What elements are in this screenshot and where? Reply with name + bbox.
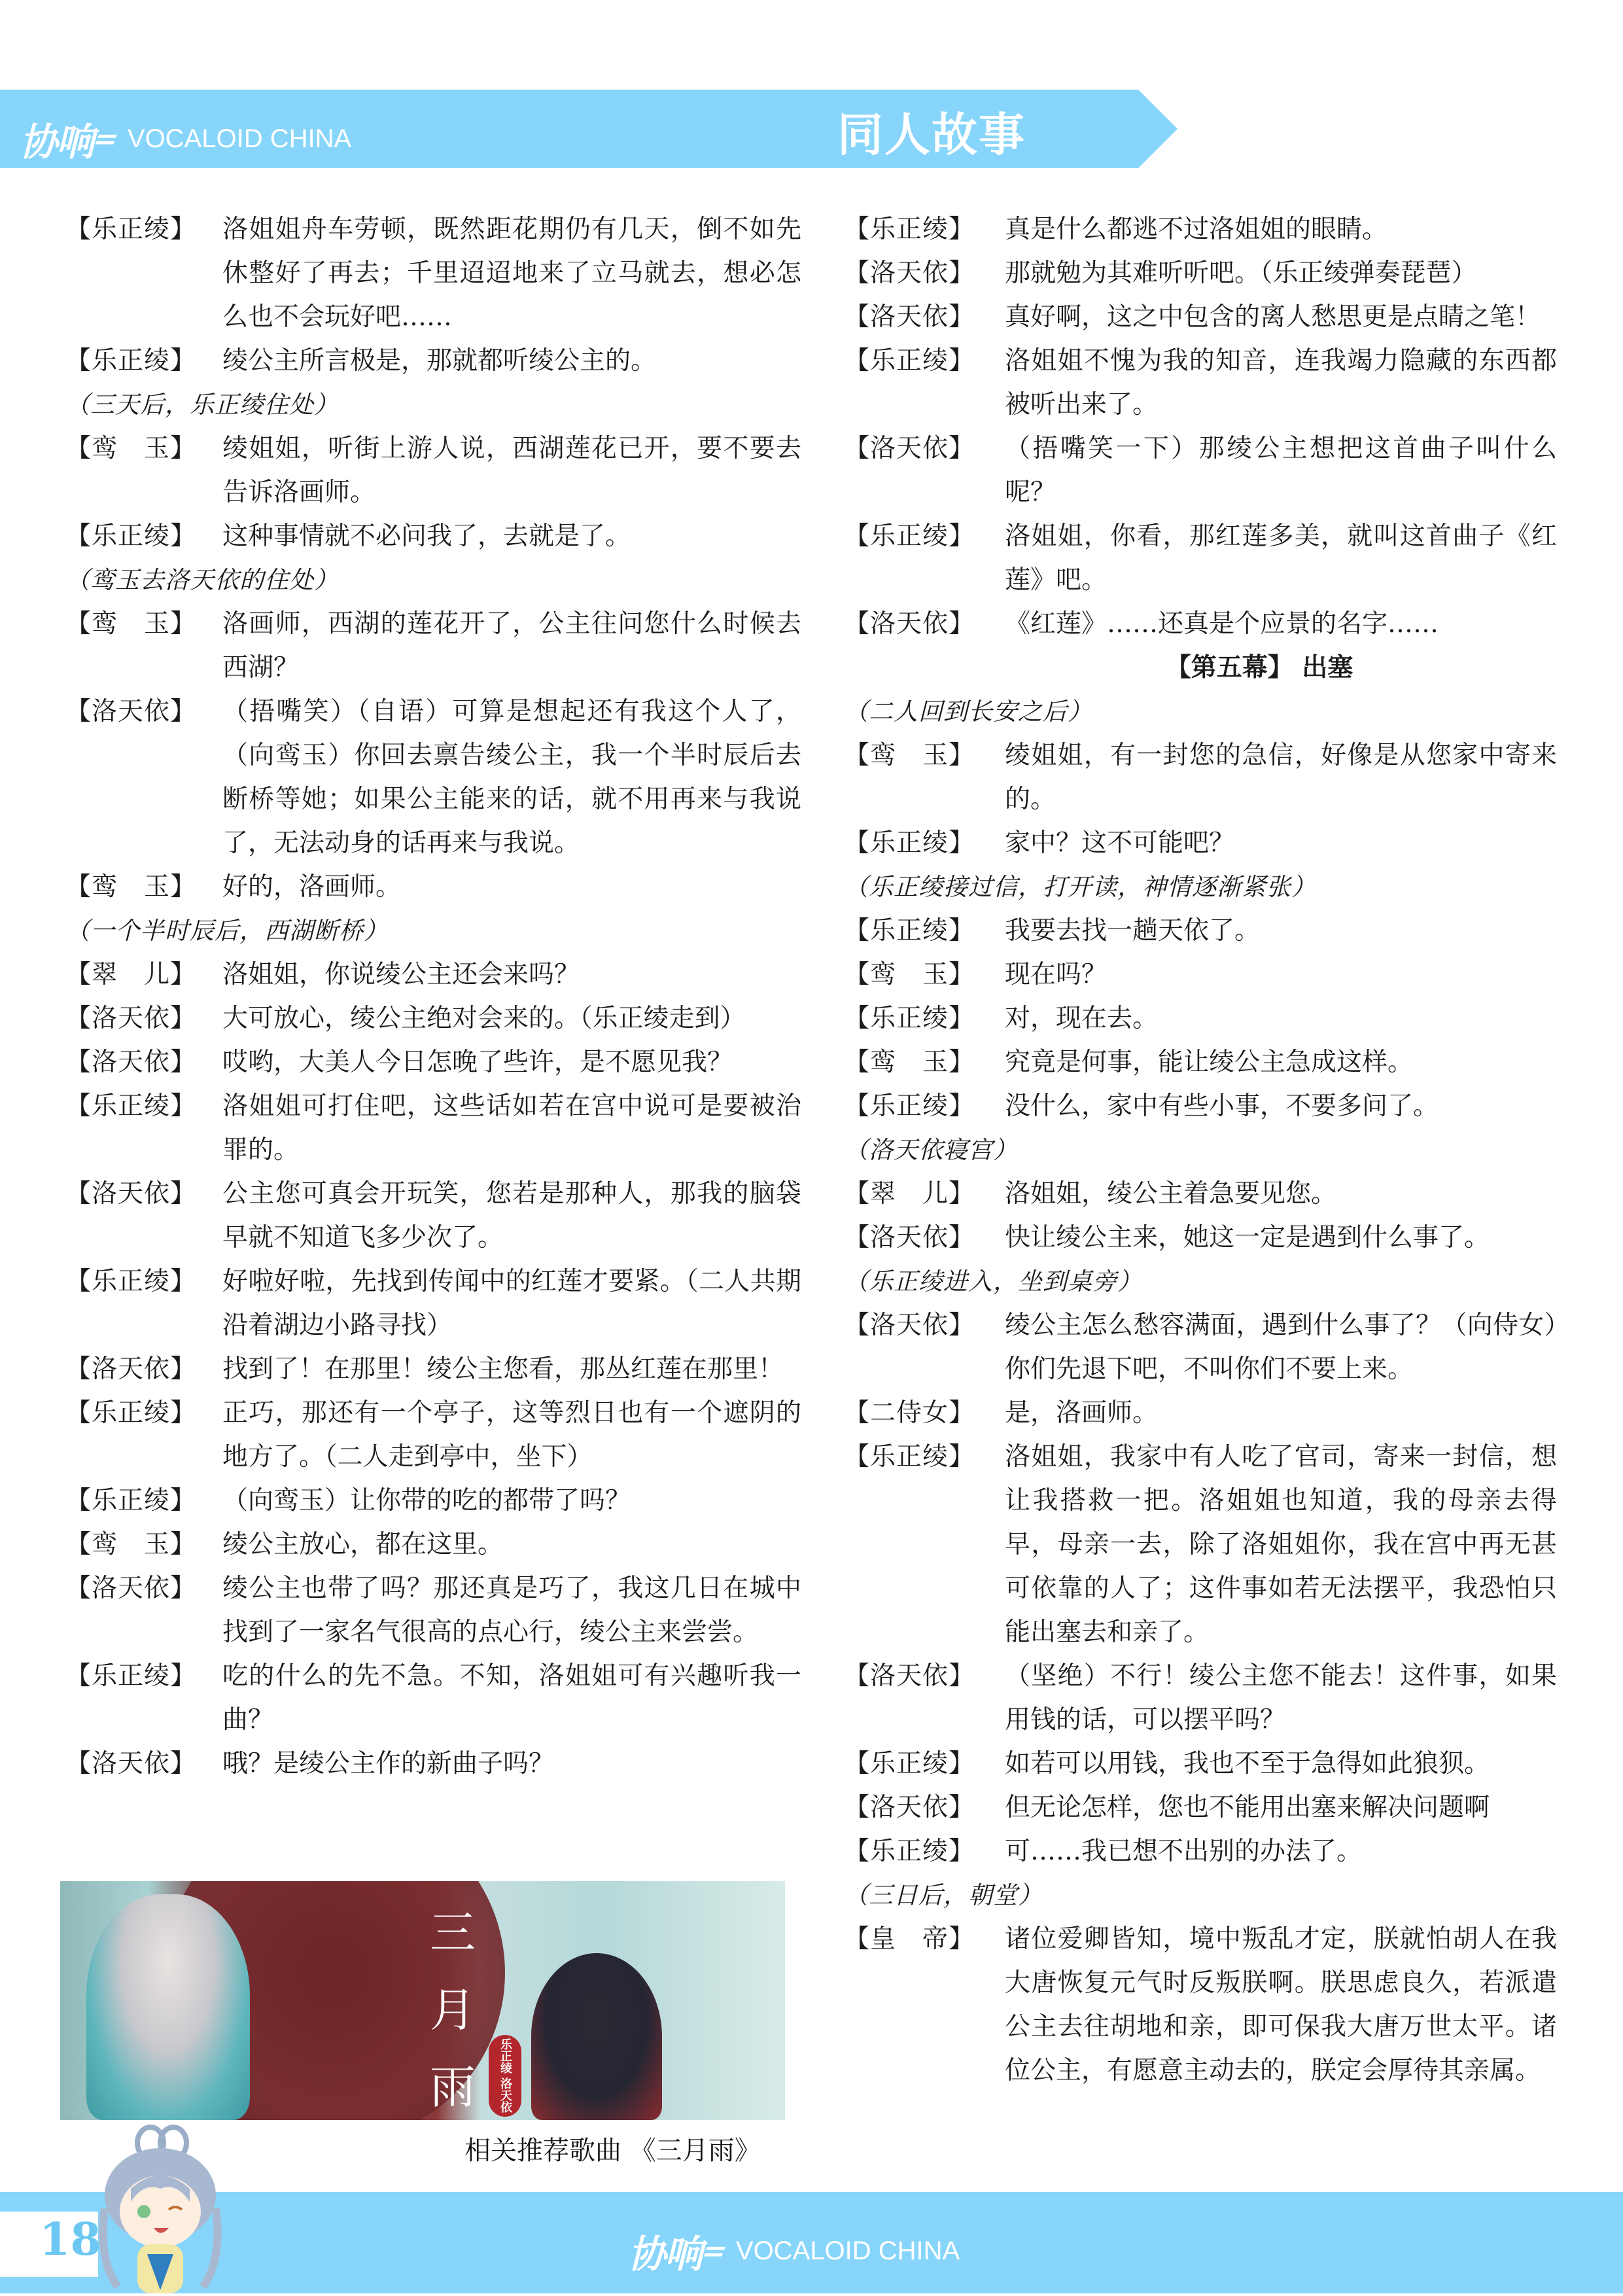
dialogue-line: 【洛天依】大可放心，绫公主绝对会来的。（乐正绫走到） bbox=[65, 997, 801, 1040]
speaker-label: 【翠 儿】 bbox=[844, 1172, 1005, 1216]
speech-text: 真好啊，这之中包含的离人愁思更是点睛之笔！ bbox=[1005, 295, 1557, 339]
speech-text: 好啦好啦，先找到传闻中的红莲才要紧。（二人共期沿着湖边小路寻找） bbox=[222, 1260, 801, 1347]
stage-direction: （洛天依寝宫） bbox=[844, 1128, 1557, 1172]
logo-english-text: VOCALOID CHINA bbox=[128, 124, 351, 154]
speaker-label: 【乐正绫】 bbox=[844, 514, 1005, 602]
logo-chinese-text: 协响 bbox=[628, 2223, 701, 2278]
speech-text: 诸位爱卿皆知，境中叛乱才定，朕就怕胡人在我大唐恢复元气时反叛朕啊。朕思虑良久，若… bbox=[1005, 1917, 1557, 2093]
speaker-label: 【鸾 玉】 bbox=[65, 1523, 222, 1566]
dialogue-line: 【皇 帝】诸位爱卿皆知，境中叛乱才定，朕就怕胡人在我大唐恢复元气时反叛朕啊。朕思… bbox=[844, 1917, 1557, 2093]
dialogue-line: 【洛天依】（捂嘴笑一下）那绫公主想把这首曲子叫什么呢？ bbox=[844, 427, 1557, 514]
speech-text: 找到了！在那里！绫公主您看，那丛红莲在那里！ bbox=[222, 1347, 801, 1391]
speaker-label: 【乐正绫】 bbox=[65, 1084, 222, 1172]
speech-text: 《红莲》……还真是个应景的名字…… bbox=[1005, 602, 1557, 646]
dialogue-line: 【鸾 玉】绫姐姐，有一封您的急信，好像是从您家中寄来的。 bbox=[844, 733, 1557, 821]
stage-direction: （乐正绫进入，坐到桌旁） bbox=[844, 1260, 1557, 1303]
speech-text: 大可放心，绫公主绝对会来的。（乐正绫走到） bbox=[222, 997, 801, 1040]
speech-text: 快让绫公主来，她这一定是遇到什么事了。 bbox=[1005, 1216, 1557, 1260]
dialogue-line: 【鸾 玉】洛画师，西湖的莲花开了，公主往问您什么时候去西湖？ bbox=[65, 602, 801, 690]
speech-text: 绫公主所言极是，那就都听绫公主的。 bbox=[222, 339, 801, 383]
dialogue-line: 【乐正绫】对，现在去。 bbox=[844, 997, 1557, 1040]
dialogue-line: 【鸾 玉】现在吗？ bbox=[844, 953, 1557, 997]
character-right-illustration bbox=[531, 1953, 662, 2120]
speech-text: 如若可以用钱，我也不至于急得如此狼狈。 bbox=[1005, 1742, 1557, 1786]
dialogue-line: 【乐正绫】我要去找一趟天依了。 bbox=[844, 909, 1557, 953]
dialogue-line: 【鸾 玉】绫公主放心，都在这里。 bbox=[65, 1523, 801, 1566]
footer-logo: 协响 = VOCALOID CHINA bbox=[628, 2223, 960, 2278]
stage-direction: （三日后，朝堂） bbox=[844, 1873, 1557, 1917]
speaker-label: 【翠 儿】 bbox=[65, 953, 222, 997]
dialogue-line: 【乐正绫】这种事情就不必问我了，去就是了。 bbox=[65, 514, 801, 558]
speaker-label: 【洛天依】 bbox=[844, 427, 1005, 514]
speech-text: 洛画师，西湖的莲花开了，公主往问您什么时候去西湖？ bbox=[222, 602, 801, 690]
speech-text: 现在吗？ bbox=[1005, 953, 1557, 997]
mascot-character-icon bbox=[92, 2123, 229, 2296]
song-title-char: 三 bbox=[427, 1894, 479, 1971]
song-title-vertical: 三 月 雨 bbox=[427, 1894, 479, 2120]
dialogue-line: 【乐正绫】洛姐姐可打住吧，这些话如若在宫中说可是要被治罪的。 bbox=[65, 1084, 801, 1172]
stage-direction: （二人回到长安之后） bbox=[844, 690, 1557, 733]
dialogue-line: 【鸾 玉】究竟是何事，能让绫公主急成这样。 bbox=[844, 1040, 1557, 1084]
speech-text: （坚绝）不行！绫公主您不能去！这件事，如果用钱的话，可以摆平吗？ bbox=[1005, 1654, 1557, 1742]
left-script-column: 【乐正绫】洛姐姐舟车劳顿，既然距花期仍有几天，倒不如先休整好了再去；千里迢迢地来… bbox=[65, 207, 801, 1786]
speech-text: 是，洛画师。 bbox=[1005, 1391, 1557, 1435]
speech-text: （捂嘴笑）（自语）可算是想起还有我这个人了，（向鸾玉）你回去禀告绫公主，我一个半… bbox=[222, 690, 801, 865]
dialogue-line: 【乐正绫】家中？这不可能吧？ bbox=[844, 821, 1557, 865]
dialogue-line: 【洛天依】《红莲》……还真是个应景的名字…… bbox=[844, 602, 1557, 646]
speech-text: 洛姐姐可打住吧，这些话如若在宫中说可是要被治罪的。 bbox=[222, 1084, 801, 1172]
dialogue-line: 【乐正绫】洛姐姐不愧为我的知音，连我竭力隐藏的东西都被听出来了。 bbox=[844, 339, 1557, 427]
speaker-label: 【乐正绫】 bbox=[844, 339, 1005, 427]
dialogue-line: 【乐正绫】没什么，家中有些小事，不要多问了。 bbox=[844, 1084, 1557, 1128]
speech-text: 吃的什么的先不急。不知，洛姐姐可有兴趣听我一曲？ bbox=[222, 1654, 801, 1742]
dialogue-line: 【乐正绫】洛姐姐，我家中有人吃了官司，寄来一封信，想让我搭救一把。洛姐姐也知道，… bbox=[844, 1435, 1557, 1654]
dialogue-line: 【翠 儿】洛姐姐，你说绫公主还会来吗？ bbox=[65, 953, 801, 997]
speech-text: 没什么，家中有些小事，不要多问了。 bbox=[1005, 1084, 1557, 1128]
dialogue-line: 【洛天依】绫公主怎么愁容满面，遇到什么事了？（向侍女）你们先退下吧，不叫你们不要… bbox=[844, 1303, 1557, 1391]
speaker-label: 【乐正绫】 bbox=[844, 207, 1005, 251]
speaker-label: 【鸾 玉】 bbox=[844, 733, 1005, 821]
speaker-label: 【洛天依】 bbox=[844, 1216, 1005, 1260]
speech-text: 洛姐姐，我家中有人吃了官司，寄来一封信，想让我搭救一把。洛姐姐也知道，我的母亲去… bbox=[1005, 1435, 1557, 1654]
song-caption: 相关推荐歌曲 《三月雨》 bbox=[464, 2130, 761, 2167]
speaker-label: 【洛天依】 bbox=[844, 1786, 1005, 1829]
speaker-label: 【洛天依】 bbox=[65, 1347, 222, 1391]
speaker-label: 【洛天依】 bbox=[844, 1654, 1005, 1742]
speaker-label: 【鸾 玉】 bbox=[844, 953, 1005, 997]
speaker-label: 【洛天依】 bbox=[844, 251, 1005, 295]
section-title: 同人故事 bbox=[837, 98, 1026, 164]
speech-text: 洛姐姐，绫公主着急要见您。 bbox=[1005, 1172, 1557, 1216]
speaker-label: 【乐正绫】 bbox=[844, 1084, 1005, 1128]
stage-direction: （乐正绫接过信，打开读，神情逐渐紧张） bbox=[844, 865, 1557, 909]
speaker-label: 【鸾 玉】 bbox=[65, 427, 222, 514]
speech-text: （捂嘴笑一下）那绫公主想把这首曲子叫什么呢？ bbox=[1005, 427, 1557, 514]
song-title-char: 雨 bbox=[427, 2049, 479, 2120]
speaker-label: 【乐正绫】 bbox=[844, 997, 1005, 1040]
speaker-label: 【洛天依】 bbox=[844, 602, 1005, 646]
speech-text: 真是什么都逃不过洛姐姐的眼睛。 bbox=[1005, 207, 1557, 251]
speaker-label: 【鸾 玉】 bbox=[65, 602, 222, 690]
speech-text: 洛姐姐，你看，那红莲多美，就叫这首曲子《红莲》吧。 bbox=[1005, 514, 1557, 602]
dialogue-line: 【乐正绫】可……我已想不出别的办法了。 bbox=[844, 1829, 1557, 1873]
dialogue-line: 【乐正绫】如若可以用钱，我也不至于急得如此狼狈。 bbox=[844, 1742, 1557, 1786]
speech-text: 但无论怎样，您也不能用出塞来解决问题啊 bbox=[1005, 1786, 1557, 1829]
speaker-label: 【乐正绫】 bbox=[844, 821, 1005, 865]
dialogue-line: 【乐正绫】吃的什么的先不急。不知，洛姐姐可有兴趣听我一曲？ bbox=[65, 1654, 801, 1742]
speaker-label: 【乐正绫】 bbox=[844, 1742, 1005, 1786]
dialogue-line: 【洛天依】（捂嘴笑）（自语）可算是想起还有我这个人了，（向鸾玉）你回去禀告绫公主… bbox=[65, 690, 801, 865]
header-logo: 协响 = VOCALOID CHINA bbox=[20, 111, 351, 166]
speaker-label: 【洛天依】 bbox=[65, 1566, 222, 1654]
dialogue-line: 【乐正绫】绫公主所言极是，那就都听绫公主的。 bbox=[65, 339, 801, 383]
dialogue-line: 【洛天依】公主您可真会开玩笑，您若是那种人，那我的脑袋早就不知道飞多少次了。 bbox=[65, 1172, 801, 1260]
dialogue-line: 【洛天依】快让绫公主来，她这一定是遇到什么事了。 bbox=[844, 1216, 1557, 1260]
dialogue-line: 【洛天依】哎哟，大美人今日怎晚了些许，是不愿见我？ bbox=[65, 1040, 801, 1084]
speech-text: 哎哟，大美人今日怎晚了些许，是不愿见我？ bbox=[222, 1040, 801, 1084]
right-script-column: 【乐正绫】真是什么都逃不过洛姐姐的眼睛。【洛天依】那就勉为其难听听吧。（乐正绫弹… bbox=[844, 207, 1557, 2093]
act-heading: 【第五幕】 出塞 bbox=[844, 646, 1557, 690]
speech-text: 绫姐姐，听街上游人说，西湖莲花已开，要不要去告诉洛画师。 bbox=[222, 427, 801, 514]
speaker-label: 【乐正绫】 bbox=[844, 1435, 1005, 1654]
speaker-label: 【乐正绫】 bbox=[65, 339, 222, 383]
speaker-label: 【乐正绫】 bbox=[844, 1829, 1005, 1873]
speech-text: 我要去找一趟天依了。 bbox=[1005, 909, 1557, 953]
logo-chinese-text: 协响 bbox=[20, 111, 93, 166]
speaker-label: 【洛天依】 bbox=[65, 1040, 222, 1084]
stage-direction: （三天后，乐正绫住处） bbox=[65, 383, 801, 427]
dialogue-line: 【翠 儿】洛姐姐，绫公主着急要见您。 bbox=[844, 1172, 1557, 1216]
speech-text: 哦？是绫公主作的新曲子吗？ bbox=[222, 1742, 801, 1786]
dialogue-line: 【乐正绫】真是什么都逃不过洛姐姐的眼睛。 bbox=[844, 207, 1557, 251]
dialogue-line: 【洛天依】哦？是绫公主作的新曲子吗？ bbox=[65, 1742, 801, 1786]
dialogue-line: 【鸾 玉】好的，洛画师。 bbox=[65, 865, 801, 909]
character-left-illustration bbox=[86, 1894, 250, 2120]
speech-text: （向鸾玉）让你带的吃的都带了吗？ bbox=[222, 1479, 801, 1523]
dialogue-line: 【洛天依】找到了！在那里！绫公主您看，那丛红莲在那里！ bbox=[65, 1347, 801, 1391]
logo-wing-icon: = bbox=[88, 122, 124, 156]
logo-wing-icon: = bbox=[697, 2234, 733, 2268]
dialogue-line: 【洛天依】真好啊，这之中包含的离人愁思更是点睛之笔！ bbox=[844, 295, 1557, 339]
speaker-label: 【乐正绫】 bbox=[844, 909, 1005, 953]
dialogue-line: 【鸾 玉】绫姐姐，听街上游人说，西湖莲花已开，要不要去告诉洛画师。 bbox=[65, 427, 801, 514]
speech-text: 洛姐姐舟车劳顿，既然距花期仍有几天，倒不如先休整好了再去；千里迢迢地来了立马就去… bbox=[222, 207, 801, 339]
logo-english-text: VOCALOID CHINA bbox=[736, 2236, 960, 2266]
speaker-label: 【乐正绫】 bbox=[65, 1391, 222, 1479]
artist-seal-stamp: 乐正绫 洛天依 bbox=[489, 2035, 521, 2117]
speaker-label: 【洛天依】 bbox=[65, 997, 222, 1040]
speaker-label: 【洛天依】 bbox=[65, 1172, 222, 1260]
speech-text: 绫公主也带了吗？那还真是巧了，我这几日在城中找到了一家名气很高的点心行，绫公主来… bbox=[222, 1566, 801, 1654]
song-cover-image: 三 月 雨 乐正绫 洛天依 bbox=[60, 1881, 785, 2120]
speaker-label: 【洛天依】 bbox=[844, 1303, 1005, 1391]
speech-text: 公主您可真会开玩笑，您若是那种人，那我的脑袋早就不知道飞多少次了。 bbox=[222, 1172, 801, 1260]
song-title-char: 月 bbox=[427, 1971, 479, 2049]
speech-text: 究竟是何事，能让绫公主急成这样。 bbox=[1005, 1040, 1557, 1084]
speaker-label: 【乐正绫】 bbox=[65, 514, 222, 558]
dialogue-line: 【乐正绫】洛姐姐舟车劳顿，既然距花期仍有几天，倒不如先休整好了再去；千里迢迢地来… bbox=[65, 207, 801, 339]
speaker-label: 【乐正绫】 bbox=[65, 1479, 222, 1523]
speech-text: 绫姐姐，有一封您的急信，好像是从您家中寄来的。 bbox=[1005, 733, 1557, 821]
speaker-label: 【乐正绫】 bbox=[65, 207, 222, 339]
header-arrow-shape bbox=[1138, 90, 1178, 168]
speech-text: 正巧，那还有一个亭子，这等烈日也有一个遮阴的地方了。（二人走到亭中，坐下） bbox=[222, 1391, 801, 1479]
speech-text: 洛姐姐，你说绫公主还会来吗？ bbox=[222, 953, 801, 997]
stage-direction: （鸾玉去洛天依的住处） bbox=[65, 558, 801, 602]
speech-text: 绫公主怎么愁容满面，遇到什么事了？（向侍女）你们先退下吧，不叫你们不要上来。 bbox=[1005, 1303, 1557, 1391]
dialogue-line: 【洛天依】那就勉为其难听听吧。（乐正绫弹奏琵琶） bbox=[844, 251, 1557, 295]
dialogue-line: 【乐正绫】洛姐姐，你看，那红莲多美，就叫这首曲子《红莲》吧。 bbox=[844, 514, 1557, 602]
dialogue-line: 【二侍女】是，洛画师。 bbox=[844, 1391, 1557, 1435]
speaker-label: 【洛天依】 bbox=[844, 295, 1005, 339]
speaker-label: 【鸾 玉】 bbox=[65, 865, 222, 909]
speaker-label: 【洛天依】 bbox=[65, 690, 222, 865]
dialogue-line: 【乐正绫】（向鸾玉）让你带的吃的都带了吗？ bbox=[65, 1479, 801, 1523]
dialogue-line: 【洛天依】但无论怎样，您也不能用出塞来解决问题啊 bbox=[844, 1786, 1557, 1829]
dialogue-line: 【乐正绫】正巧，那还有一个亭子，这等烈日也有一个遮阴的地方了。（二人走到亭中，坐… bbox=[65, 1391, 801, 1479]
speaker-label: 【二侍女】 bbox=[844, 1391, 1005, 1435]
speech-text: 这种事情就不必问我了，去就是了。 bbox=[222, 514, 801, 558]
speaker-label: 【皇 帝】 bbox=[844, 1917, 1005, 2093]
dialogue-line: 【洛天依】（坚绝）不行！绫公主您不能去！这件事，如果用钱的话，可以摆平吗？ bbox=[844, 1654, 1557, 1742]
speech-text: 好的，洛画师。 bbox=[222, 865, 801, 909]
speech-text: 家中？这不可能吧？ bbox=[1005, 821, 1557, 865]
speech-text: 那就勉为其难听听吧。（乐正绫弹奏琵琶） bbox=[1005, 251, 1557, 295]
speaker-label: 【乐正绫】 bbox=[65, 1260, 222, 1347]
speaker-label: 【乐正绫】 bbox=[65, 1654, 222, 1742]
speech-text: 绫公主放心，都在这里。 bbox=[222, 1523, 801, 1566]
speech-text: 对，现在去。 bbox=[1005, 997, 1557, 1040]
speech-text: 可……我已想不出别的办法了。 bbox=[1005, 1829, 1557, 1873]
speaker-label: 【洛天依】 bbox=[65, 1742, 222, 1786]
stage-direction: （一个半时辰后，西湖断桥） bbox=[65, 909, 801, 953]
dialogue-line: 【乐正绫】好啦好啦，先找到传闻中的红莲才要紧。（二人共期沿着湖边小路寻找） bbox=[65, 1260, 801, 1347]
speaker-label: 【鸾 玉】 bbox=[844, 1040, 1005, 1084]
speech-text: 洛姐姐不愧为我的知音，连我竭力隐藏的东西都被听出来了。 bbox=[1005, 339, 1557, 427]
dialogue-line: 【洛天依】绫公主也带了吗？那还真是巧了，我这几日在城中找到了一家名气很高的点心行… bbox=[65, 1566, 801, 1654]
